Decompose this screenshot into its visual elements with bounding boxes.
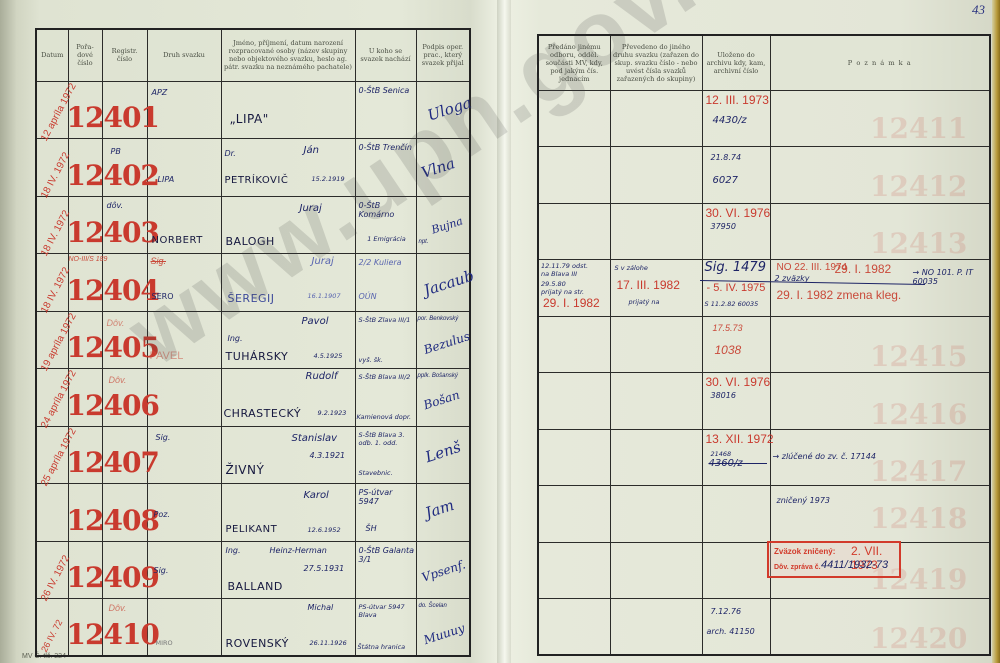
cell-predano [538, 599, 610, 656]
cell-predano [538, 147, 610, 204]
cell-prevedeno [610, 542, 702, 599]
table-row: 26 IV. 72 12410Dôv. MIRO MichalROVENSKÝ2… [36, 599, 470, 657]
register-number-stamp: 12410 [67, 618, 159, 651]
register-number-stamp: 12404 [67, 274, 159, 307]
cell-podpis: Jacaub [416, 254, 470, 312]
register-number-stamp: 12408 [67, 504, 159, 537]
cell-registr: 12407 [102, 426, 147, 484]
cell-ulozeno: 30. VI. 197637950 [702, 203, 770, 260]
cell-predano [538, 316, 610, 373]
table-row: 12. III. 19734430/z [538, 90, 990, 147]
cell-datum: 25 apríla 1972 [36, 426, 68, 484]
cell-datum: 24 apríla 1972 [36, 369, 68, 427]
page-number: 43 [972, 2, 985, 18]
cell-u-koho: S-ŠtB Zlava III/1vyš. šk. [355, 311, 416, 369]
cell-poznamka [770, 147, 990, 204]
signature: Bujna [429, 214, 464, 236]
cell-predano: 12.11.79 odst. na Blava III 29.5.80 prij… [538, 260, 610, 317]
signature: Uloga [425, 93, 473, 124]
signature: Vpsenf. [419, 557, 466, 584]
cell-poznamka: NO 22. III. 1974 29. I. 1982 2 zväzky 29… [770, 260, 990, 317]
cell-jmeno: PavolIng.TUHÁRSKY4.5.1925 [221, 311, 355, 369]
cell-registr: 12408 [102, 484, 147, 542]
cell-datum: 26 IV. 1972 [36, 541, 68, 599]
cell-poznamka [770, 599, 990, 656]
book-left-edge [0, 0, 16, 663]
cell-ulozeno: 30. VI. 197638016 [702, 373, 770, 430]
cell-u-koho: PS-útvar 5947 BlavaŠtátna hranica [355, 599, 416, 657]
header-druh-svazku: Druh svazku [147, 29, 221, 81]
cell-prevedeno [610, 90, 702, 147]
cell-druh: LIPA [147, 139, 221, 197]
cell-predano [538, 542, 610, 599]
cell-registr: 12403dôv. [102, 196, 147, 254]
signature: Vlna [419, 154, 457, 182]
cell-jmeno: RudolfCHRASTECKÝ9.2.1923 [221, 369, 355, 427]
cell-prevedeno [610, 486, 702, 543]
cell-druh [147, 369, 221, 427]
cell-podpis: Vlna [416, 139, 470, 197]
cell-podpis: pplk. BošanskýBošan [416, 369, 470, 427]
header-ulozeno: Uloženo do archivu kdy, kam, archivní čí… [702, 35, 770, 90]
table-row: 18 IV. 1972 12404NO-III/S 189 Sig.SERO J… [36, 254, 470, 312]
cell-datum: 19 apríla 1972 [36, 311, 68, 369]
signature: Bošan [421, 388, 461, 413]
cell-ulozeno [702, 542, 770, 599]
header-podpis: Podpis oper. prac., který svazek přijal [416, 29, 470, 81]
cell-registr: 12401 [102, 81, 147, 139]
cell-u-koho: 2/2 KulieraOÚN [355, 254, 416, 312]
cell-prevedeno [610, 599, 702, 656]
cell-druh: PAVEL [147, 311, 221, 369]
register-table-right: Předáno jinému odboru, odděl. součásti M… [537, 34, 991, 656]
register-number-stamp: 12401 [67, 101, 159, 134]
signature: Bezulus [422, 328, 472, 356]
cell-prevedeno [610, 147, 702, 204]
register-table-left: Datum Pořa- dové číslo Registr. číslo Dr… [35, 28, 471, 657]
cell-predano [538, 203, 610, 260]
cell-ulozeno: 17.5.731038 [702, 316, 770, 373]
cell-jmeno: Dr.JánPETRÍKOVIČ15.2.1919 [221, 139, 355, 197]
cell-u-koho: S-ŠtB Blava 3. odb. 1. odd.Stavebnic. [355, 426, 416, 484]
cell-jmeno: KarolPELIKANT12.6.1952 [221, 484, 355, 542]
cell-poznamka: zničený 1973 [770, 486, 990, 543]
table-row: 7.12.76arch. 41150 [538, 599, 990, 656]
cell-u-koho: 0-ŠtB Komárno1 Emigrácia [355, 196, 416, 254]
header-registr-cislo: Registr. číslo [102, 29, 147, 81]
register-number-stamp: 12406 [67, 389, 159, 422]
table-row: zničený 1973 [538, 486, 990, 543]
header-row: Předáno jinému odboru, odděl. součásti M… [538, 35, 990, 90]
book-spine [497, 0, 511, 663]
cell-jmeno: MichalROVENSKÝ26.11.1926 [221, 599, 355, 657]
cell-predano [538, 486, 610, 543]
cell-ulozeno: Sig. 1479 - 5. IV. 1975 S 11.2.82 60035 [702, 260, 770, 317]
cell-predano [538, 373, 610, 430]
cell-jmeno: Stanislav4.3.1921ŽIVNÝ [221, 426, 355, 484]
cell-u-koho: 0-ŠtB Senica [355, 81, 416, 139]
register-number-stamp: 12409 [67, 561, 159, 594]
cell-podpis: por. BenkovskýBezulus [416, 311, 470, 369]
cell-registr: 12409 [102, 541, 147, 599]
cell-datum: 12 apríla 1972 [36, 81, 68, 139]
table-row: 24 apríla 1972 12406Dôv. RudolfCHRASTECK… [36, 369, 470, 427]
cell-ulozeno: 21.8.746027 [702, 147, 770, 204]
table-row: 17.5.731038 [538, 316, 990, 373]
header-poradove-cislo: Pořa- dové číslo [68, 29, 102, 81]
header-row: Datum Pořa- dové číslo Registr. číslo Dr… [36, 29, 470, 81]
cell-predano [538, 90, 610, 147]
cell-prevedeno: S v zálohe 17. III. 1982 prijatý na [610, 260, 702, 317]
cell-poznamka [770, 316, 990, 373]
cell-ulozeno [702, 486, 770, 543]
cell-jmeno: JurajŠEREGIJ16.1.1907 [221, 254, 355, 312]
table-row: 21.8.746027 [538, 147, 990, 204]
cell-ulozeno: 12. III. 19734430/z [702, 90, 770, 147]
cell-podpis: do. ŠcelanMuuuy [416, 599, 470, 657]
cell-datum: 26 IV. 72 [36, 599, 68, 657]
cell-jmeno: Ing.Heinz-Herman27.5.1931BALLAND [221, 541, 355, 599]
table-row: 26 IV. 1972 12409 Sig. Ing.Heinz-Herman2… [36, 541, 470, 599]
signature: Jacaub [421, 266, 476, 299]
cell-predano [538, 429, 610, 486]
cell-podpis: Uloga [416, 81, 470, 139]
header-predano: Předáno jinému odboru, odděl. součásti M… [538, 35, 610, 90]
cell-registr: 12406Dôv. [102, 369, 147, 427]
signature: Jam [422, 496, 455, 522]
cell-podpis: npt.Bujna [416, 196, 470, 254]
arrow-line [712, 463, 767, 464]
cell-poznamka: → zlúčené do zv. č. 17144 [770, 429, 990, 486]
cell-prevedeno [610, 373, 702, 430]
register-number-stamp: 12403 [67, 216, 159, 249]
table-row: 18 IV. 1972 12403dôv. NORBERT JurajBALOG… [36, 196, 470, 254]
cell-druh: Sig. [147, 426, 221, 484]
signature: Muuuy [421, 621, 466, 647]
register-number-stamp: 12402 [67, 159, 159, 192]
cell-datum: 18 IV. 1972 [36, 139, 68, 197]
cell-u-koho: 0-ŠtB Galanta 3/1 [355, 541, 416, 599]
table-row: 30. VI. 197638016 [538, 373, 990, 430]
cell-ulozeno: 13. XII. 1972214684360/z [702, 429, 770, 486]
header-u-koho: U koho se svazek nachází [355, 29, 416, 81]
cell-druh: Poz. [147, 484, 221, 542]
destroyed-file-stamp: Zväzok zničený: 2. VII. 1973 Dôv. zpráva… [767, 541, 901, 578]
cell-druh: MIRO [147, 599, 221, 657]
cell-druh: APZ [147, 81, 221, 139]
cell-ulozeno: 7.12.76arch. 41150 [702, 599, 770, 656]
cell-prevedeno [610, 203, 702, 260]
cell-prevedeno [610, 316, 702, 373]
header-poznamka: P o z n á m k a [770, 35, 990, 90]
cell-druh: Sig.SERO [147, 254, 221, 312]
cell-poznamka [770, 90, 990, 147]
header-jmeno: Jméno, příjmení, datum narození rozpraco… [221, 29, 355, 81]
cell-registr: 12402PB [102, 139, 147, 197]
table-row: 12.11.79 odst. na Blava III 29.5.80 prij… [538, 260, 990, 317]
cell-jmeno: JurajBALOGH [221, 196, 355, 254]
cell-jmeno: „LIPA" [221, 81, 355, 139]
open-ledger-book: 12411 12412 12413 12415 12416 12417 1241… [0, 0, 1000, 663]
table-row: 12 apríla 1972 12401 APZ „LIPA" 0-ŠtB Se… [36, 81, 470, 139]
cell-podpis: Jam [416, 484, 470, 542]
cell-podpis: Lenš [416, 426, 470, 484]
book-right-edge [992, 0, 1000, 663]
table-row: 13. XII. 1972214684360/z → zlúčené do zv… [538, 429, 990, 486]
table-row: 12408 Poz. KarolPELIKANT12.6.1952 PS-útv… [36, 484, 470, 542]
cell-datum: 18 IV. 1972 [36, 196, 68, 254]
cell-poznamka [770, 373, 990, 430]
cell-registr: 12410Dôv. [102, 599, 147, 657]
header-datum: Datum [36, 29, 68, 81]
cell-druh: NORBERT [147, 196, 221, 254]
cell-podpis: Vpsenf. [416, 541, 470, 599]
cell-datum: 18 IV. 1972 [36, 254, 68, 312]
cell-u-koho: S-ŠtB Blava III/2Kamienová dopr. [355, 369, 416, 427]
header-prevedeno: Převedeno do jiného druhu svazku (zařaze… [610, 35, 702, 90]
cell-u-koho: 0-ŠtB Trenčín [355, 139, 416, 197]
table-row: 18 IV. 1972 12402PB LIPA Dr.JánPETRÍKOVI… [36, 139, 470, 197]
cell-druh: Sig. [147, 541, 221, 599]
table-row: 25 apríla 1972 12407 Sig. Stanislav4.3.1… [36, 426, 470, 484]
register-number-stamp: 12405 [67, 331, 159, 364]
cell-poznamka [770, 203, 990, 260]
cell-registr: 12404NO-III/S 189 [102, 254, 147, 312]
cell-registr: 12405Dôv. [102, 311, 147, 369]
cell-datum [36, 484, 68, 542]
cell-prevedeno [610, 429, 702, 486]
register-number-stamp: 12407 [67, 446, 159, 479]
table-row: 19 apríla 1972 12405Dôv. PAVEL PavolIng.… [36, 311, 470, 369]
table-row [538, 542, 990, 599]
cell-u-koho: PS-útvar 5947ŠH [355, 484, 416, 542]
table-row: 30. VI. 197637950 [538, 203, 990, 260]
signature: Lenš [423, 437, 463, 465]
